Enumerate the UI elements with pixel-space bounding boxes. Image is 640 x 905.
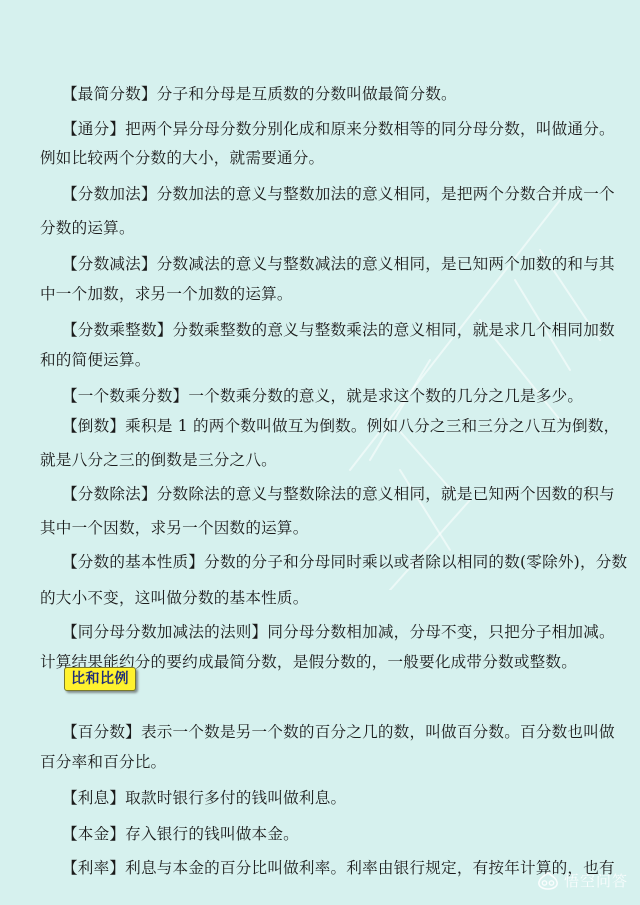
definition-same-denominator-rule: 【同分母分数加减法的法则】同分母分数相加减，分母不变，只把分子相加减。 xyxy=(62,622,602,642)
definition-fraction-basic-property: 【分数的基本性质】分数的分子和分母同时乘以或者除以相同的数(零除外)，分数 xyxy=(62,552,602,572)
definition-number-times-fraction: 【一个数乘分数】一个数乘分数的意义，就是求这个数的几分之几是多少。 xyxy=(62,386,602,406)
definition-fraction-addition-cont: 分数的运算。 xyxy=(40,218,602,238)
definition-fraction-subtraction-cont: 中一个加数，求另一个加数的运算。 xyxy=(40,284,602,304)
definition-common-denominator-cont: 例如比较两个分数的大小，就需要通分。 xyxy=(40,148,602,168)
definition-interest: 【利息】取款时银行多付的钱叫做利息。 xyxy=(62,788,602,808)
definition-fraction-division-cont: 其中一个因数，求另一个因数的运算。 xyxy=(40,518,602,538)
section-badge-ratio-proportion: 比和比例 xyxy=(64,667,136,691)
brand-label: 悟空问答 xyxy=(564,870,628,891)
definition-reciprocal-cont: 就是八分之三的倒数是三分之八。 xyxy=(40,450,602,470)
definition-simplest-fraction: 【最简分数】分子和分母是互质数的分数叫做最简分数。 xyxy=(62,84,602,104)
definition-fraction-subtraction: 【分数减法】分数减法的意义与整数减法的意义相同，是已知两个加数的和与其 xyxy=(62,254,602,274)
definition-reciprocal: 【倒数】乘积是 1 的两个数叫做互为倒数。例如八分之三和三分之八互为倒数， xyxy=(62,416,602,436)
definition-common-denominator: 【通分】把两个异分母分数分别化成和原来分数相等的同分母分数，叫做通分。 xyxy=(62,119,602,139)
definition-principal: 【本金】存入银行的钱叫做本金。 xyxy=(62,824,602,844)
definition-percentage: 【百分数】表示一个数是另一个数的百分之几的数，叫做百分数。百分数也叫做 xyxy=(62,722,602,742)
brand-watermark: 悟空问答 xyxy=(536,870,628,891)
definition-interest-rate: 【利率】利息与本金的百分比叫做利率。利率由银行规定，有按年计算的，也有 xyxy=(62,858,602,878)
wukong-logo-icon xyxy=(536,872,560,890)
definition-fraction-times-integer: 【分数乘整数】分数乘整数的意义与整数乘法的意义相同，就是求几个相同加数 xyxy=(62,320,602,340)
definition-fraction-addition: 【分数加法】分数加法的意义与整数加法的意义相同，是把两个分数合并成一个 xyxy=(62,184,602,204)
definition-percentage-cont: 百分率和百分比。 xyxy=(40,752,602,772)
definition-fraction-division: 【分数除法】分数除法的意义与整数除法的意义相同，就是已知两个因数的积与 xyxy=(62,484,602,504)
definition-fraction-basic-property-cont: 的大小不变，这叫做分数的基本性质。 xyxy=(40,588,602,608)
definition-fraction-times-integer-cont: 和的简便运算。 xyxy=(40,350,602,370)
